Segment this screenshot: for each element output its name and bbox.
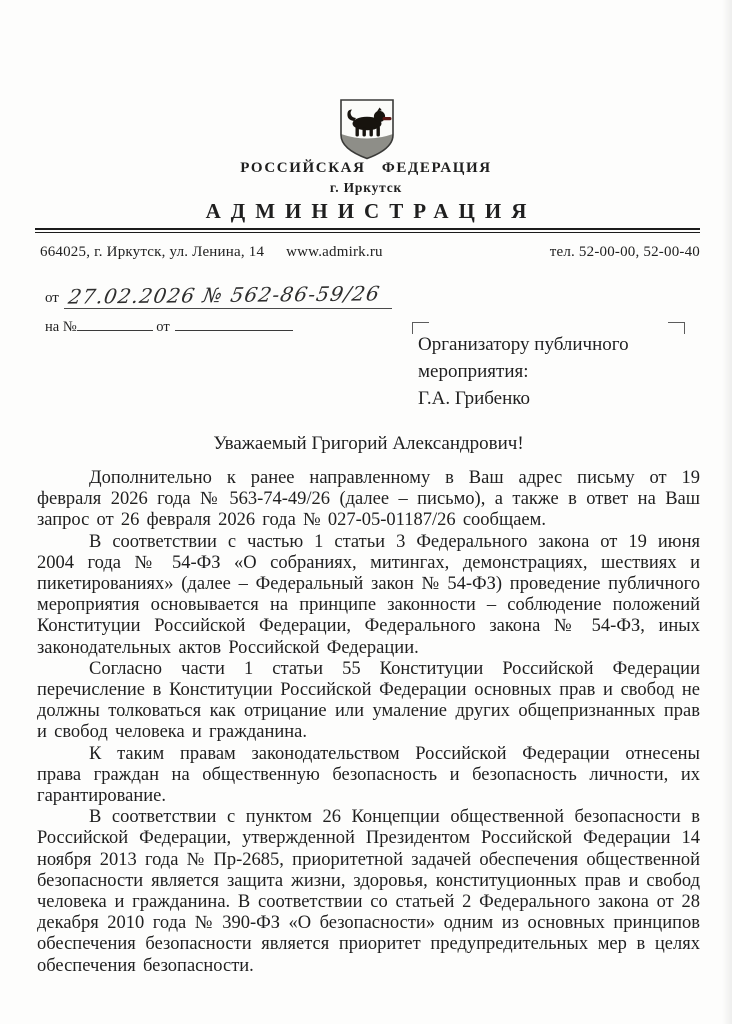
recipient-block: Организатору публичного мероприятия: Г.А…	[418, 331, 688, 412]
body-paragraph: В соответствии с пунктом 26 Концепции об…	[37, 807, 700, 977]
body-paragraph: В соответствии с частью 1 статьи 3 Федер…	[37, 532, 700, 659]
body-paragraph: Согласно части 1 статьи 55 Конституции Р…	[37, 659, 700, 744]
outgoing-ref-label: от	[45, 290, 59, 306]
country-title: РОССИЙСКАЯ ФЕДЕРАЦИЯ	[0, 160, 732, 177]
recipient-line: Организатору публичного	[418, 331, 688, 358]
incoming-ref-no-label: на №	[45, 319, 77, 335]
phone-numbers: тел. 52-00-00, 52-00-40	[550, 244, 700, 261]
scanned-letter-page: РОССИЙСКАЯ ФЕДЕРАЦИЯ г. Иркутск АДМИНИСТ…	[0, 0, 732, 1024]
outgoing-ref-underline: 27.02.2026 № 562-86-59/26	[64, 283, 392, 309]
outgoing-reference-line: от27.02.2026 № 562-86-59/26	[45, 283, 392, 309]
postal-address: 664025, г. Иркутск, ул. Ленина, 14	[40, 244, 264, 260]
letterhead-divider	[35, 228, 700, 233]
city-title: г. Иркутск	[0, 180, 732, 196]
coat-of-arms-irkutsk-icon	[337, 96, 397, 162]
recipient-line: Г.А. Грибенко	[418, 385, 688, 412]
body-paragraph: К таким правам законодательством Российс…	[37, 744, 700, 808]
organization-title: АДМИНИСТРАЦИЯ	[0, 199, 732, 224]
website-text: www.admirk.ru	[286, 244, 383, 260]
incoming-reference-line: на № от	[45, 317, 293, 336]
letter-body: Дополнительно к ранее направленному в Ва…	[37, 468, 700, 977]
contact-row: 664025, г. Иркутск, ул. Ленина, 14 www.a…	[40, 244, 700, 261]
outgoing-ref-handwritten-value: 27.02.2026 № 562-86-59/26	[67, 281, 382, 308]
incoming-ref-from-blank	[175, 317, 293, 331]
recipient-line: мероприятия:	[418, 358, 688, 385]
postal-address-block: 664025, г. Иркутск, ул. Ленина, 14 www.a…	[40, 244, 383, 261]
incoming-ref-from-label: от	[156, 319, 169, 335]
incoming-ref-no-blank	[77, 317, 153, 331]
salutation: Уважаемый Григорий Александрович!	[37, 433, 700, 455]
body-paragraph: Дополнительно к ранее направленному в Ва…	[37, 468, 700, 532]
